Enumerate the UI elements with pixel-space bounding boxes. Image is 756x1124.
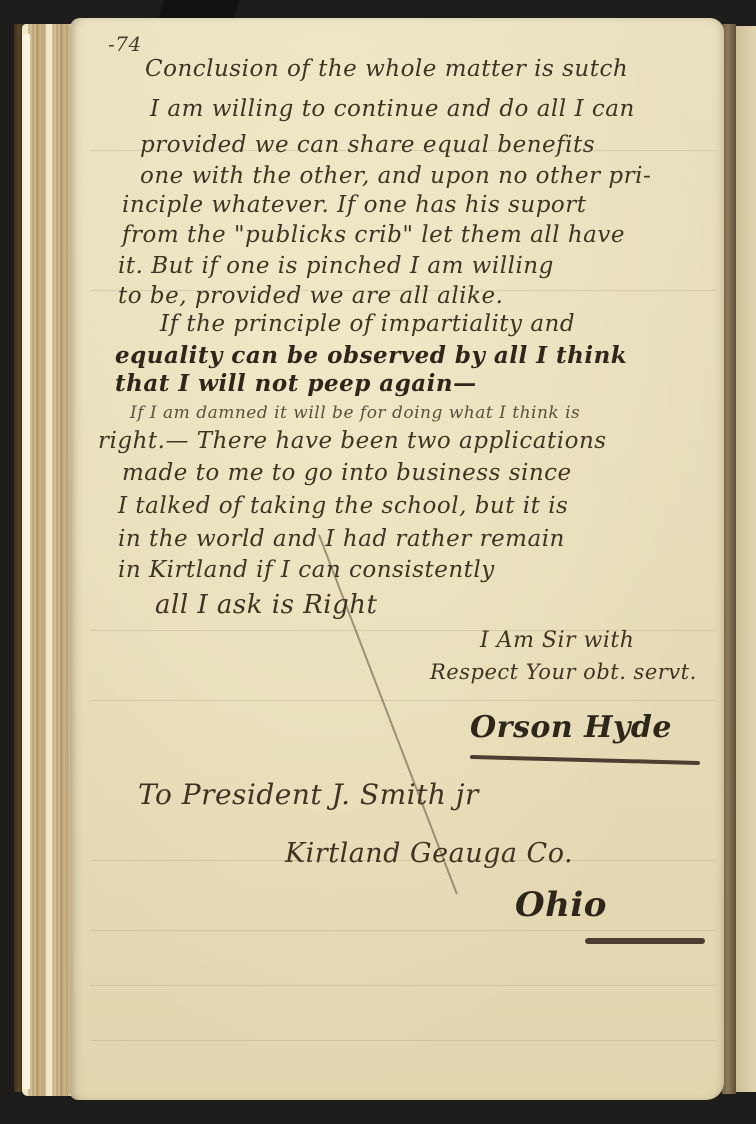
- page-edge-highlight: [22, 34, 30, 1089]
- closing-line: I Am Sir with: [480, 628, 634, 653]
- body-line: Conclusion of the whole matter is sutch: [145, 56, 628, 82]
- address-line: Ohio: [515, 885, 607, 925]
- facing-page-edge: [736, 26, 756, 1092]
- page-number: -74: [108, 32, 142, 56]
- ruled-line: [90, 930, 716, 931]
- address-flourish: [585, 938, 705, 944]
- body-line: If I am damned it will be for doing what…: [130, 403, 580, 423]
- body-line: If the principle of impartiality and: [160, 311, 575, 337]
- signature: Orson Hyde: [470, 710, 672, 745]
- book-gutter: [722, 24, 736, 1094]
- body-line: right.— There have been two applications: [98, 428, 607, 454]
- body-line: made to me to go into business since: [122, 460, 572, 486]
- address-line: Kirtland Geauga Co.: [285, 838, 573, 869]
- closing-line: Respect Your obt. servt.: [430, 660, 697, 684]
- body-line: I am willing to continue and do all I ca…: [150, 96, 635, 122]
- ruled-line: [90, 700, 716, 701]
- body-line: to be, provided we are all alike.: [118, 283, 503, 309]
- body-line: it. But if one is pinched I am willing: [118, 253, 554, 279]
- body-line: I talked of taking the school, but it is: [118, 493, 568, 519]
- body-line: in Kirtland if I can consistently: [118, 557, 495, 583]
- ruled-line: [90, 985, 716, 986]
- body-line: that I will not peep again—: [115, 370, 477, 397]
- body-line: provided we can share equal benefits: [140, 132, 595, 158]
- body-line: equality can be observed by all I think: [115, 342, 627, 369]
- body-line: in the world and I had rather remain: [118, 526, 565, 552]
- body-line: inciple whatever. If one has his suport: [122, 192, 587, 218]
- ruled-line: [90, 1040, 716, 1041]
- body-line: one with the other, and upon no other pr…: [140, 163, 651, 189]
- page-number-value: 74: [115, 32, 141, 56]
- body-line: from the "publicks crib" let them all ha…: [122, 222, 625, 248]
- closing-line: all I ask is Right: [155, 590, 377, 620]
- address-line: To President J. Smith jr: [138, 778, 479, 811]
